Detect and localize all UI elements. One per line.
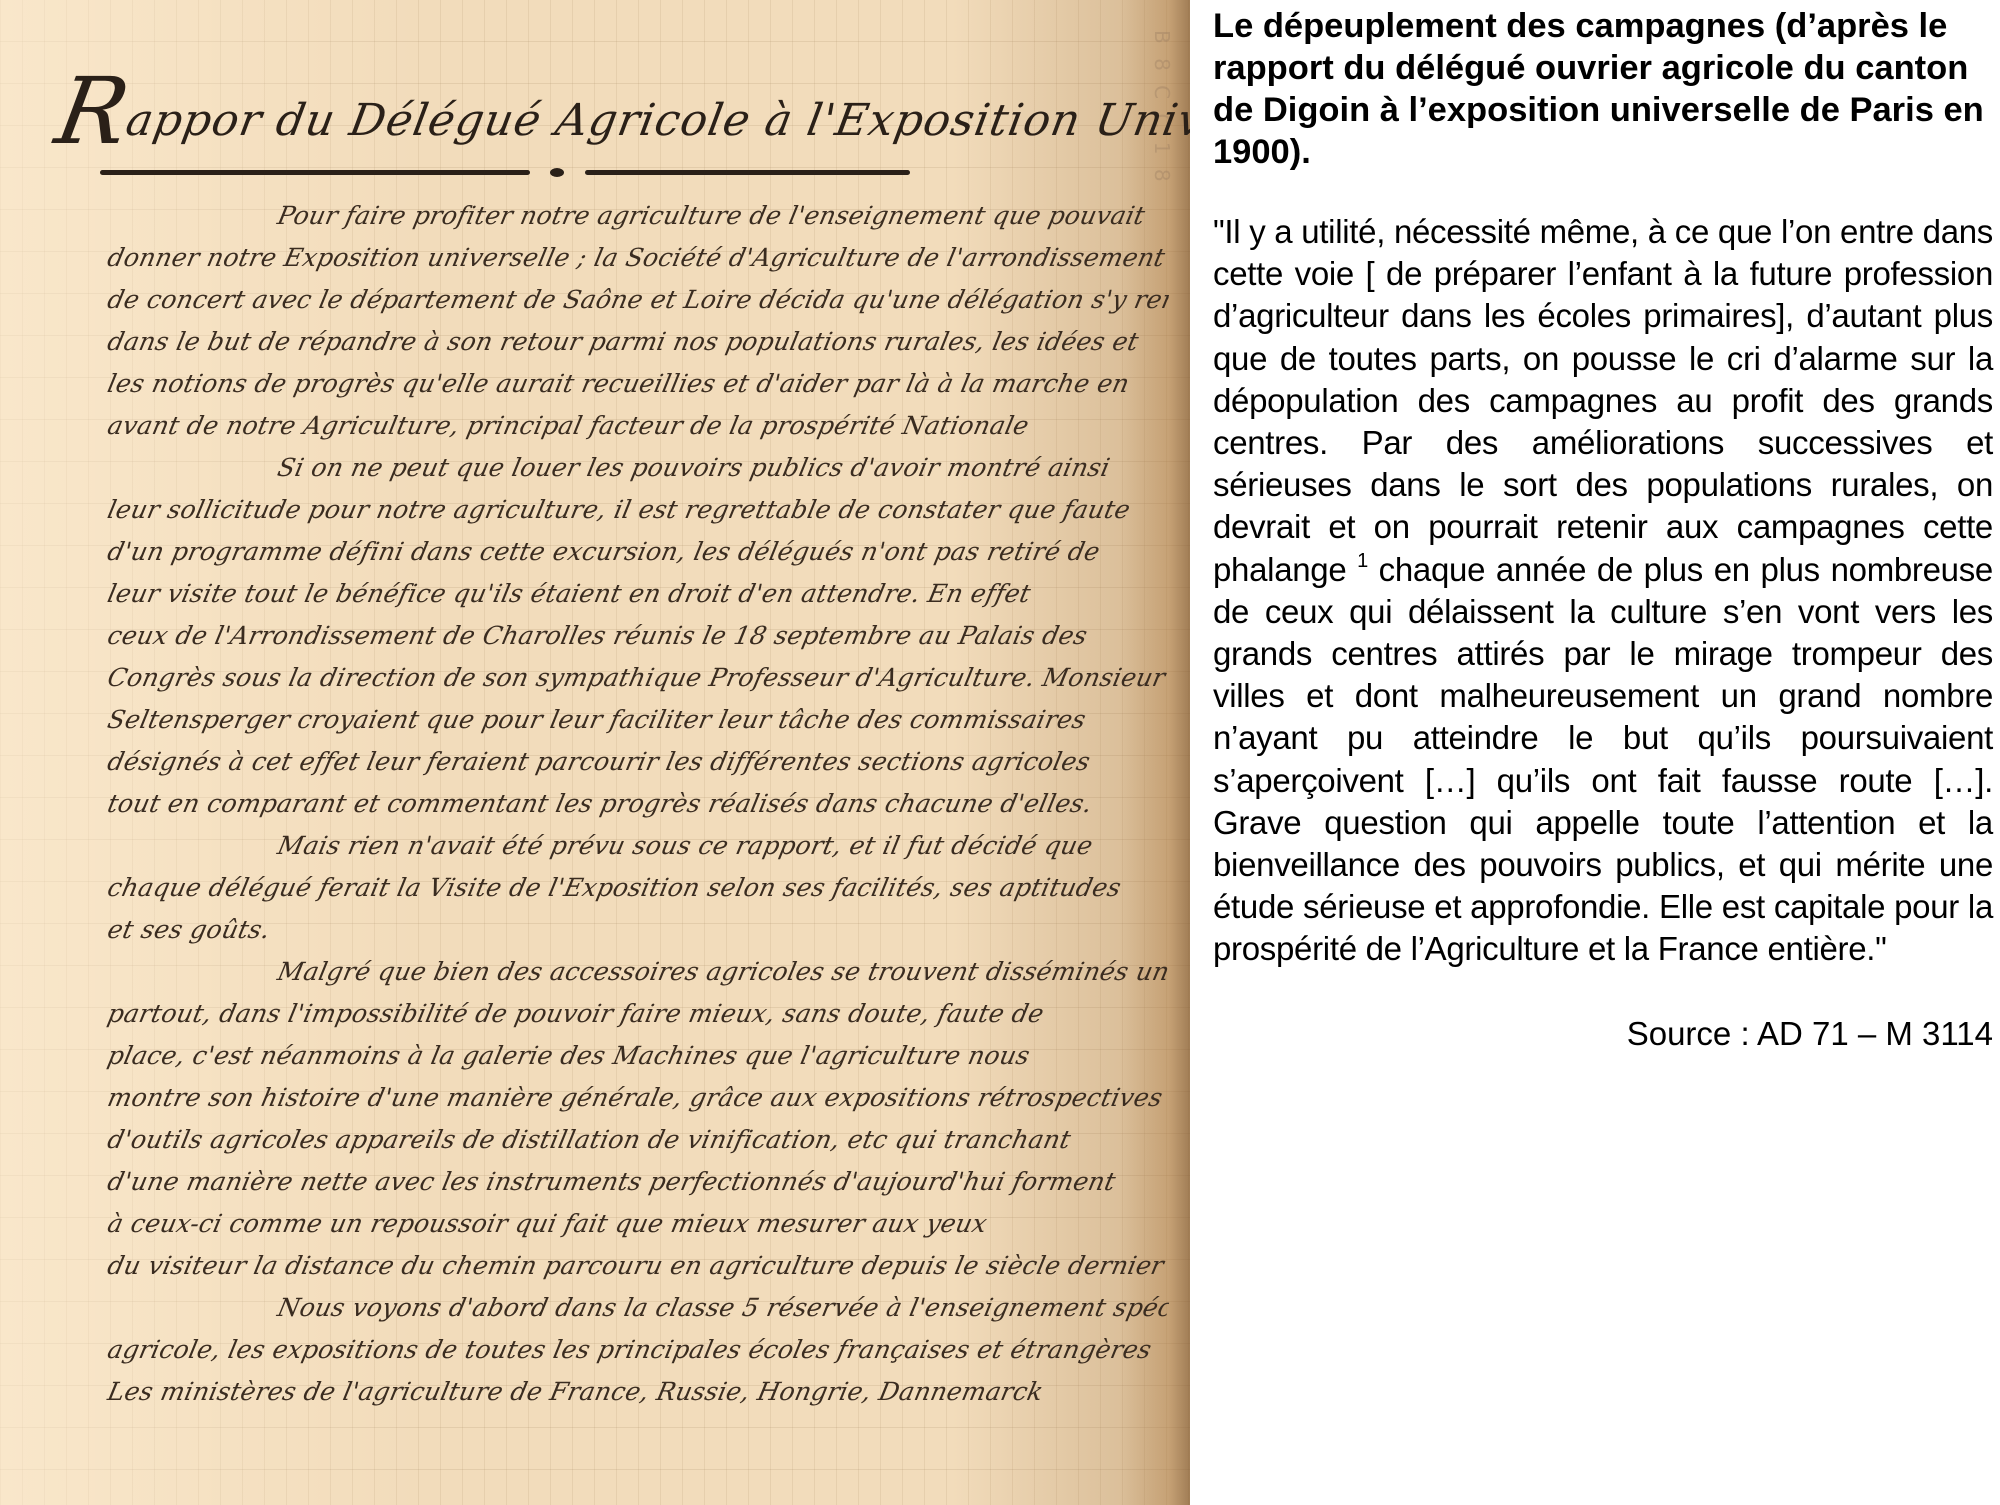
manuscript-line: partout, dans l'impossibilité de pouvoir… (104, 993, 1173, 1035)
manuscript-line: tout en comparant et commentant les prog… (104, 783, 1173, 825)
manuscript-line: leur sollicitude pour notre agriculture,… (104, 489, 1173, 531)
manuscript-line: de concert avec le département de Saône … (104, 279, 1173, 321)
quotation-part-2: chaque année de plus en plus nombreuse d… (1213, 551, 1993, 968)
manuscript-line: Pour faire profiter notre agriculture de… (104, 195, 1173, 237)
quotation: "Il y a utilité, nécessité même, à ce qu… (1213, 211, 1993, 971)
manuscript-line: d'un programme défini dans cette excursi… (104, 531, 1173, 573)
manuscript-line: place, c'est néanmoins à la galerie des … (104, 1035, 1173, 1077)
manuscript-line: montre son histoire d'une manière généra… (104, 1077, 1173, 1119)
manuscript-line: d'une manière nette avec les instruments… (104, 1161, 1173, 1203)
manuscript-line: leur visite tout le bénéfice qu'ils étai… (104, 573, 1173, 615)
manuscript-line: avant de notre Agriculture, principal fa… (104, 405, 1173, 447)
source-citation: Source : AD 71 – M 3114 (1213, 1013, 1993, 1055)
document-heading: Le dépeuplement des campagnes (d’après l… (1213, 5, 1993, 173)
footnote-marker: 1 (1357, 550, 1368, 572)
manuscript-title-text: appor du Délégué Agricole à l'Exposition… (122, 95, 1190, 146)
manuscript-line: Mais rien n'avait été prévu sous ce rapp… (104, 825, 1173, 867)
manuscript-title-initial: R (49, 58, 138, 165)
manuscript-line: Nous voyons d'abord dans la classe 5 rés… (104, 1287, 1173, 1329)
manuscript-line: chaque délégué ferait la Visite de l'Exp… (104, 867, 1173, 909)
quotation-part-1: "Il y a utilité, nécessité même, à ce qu… (1213, 213, 1993, 588)
manuscript-line: agricole, les expositions de toutes les … (104, 1329, 1173, 1371)
manuscript-line: Congrès sous la direction de son sympath… (104, 657, 1173, 699)
manuscript-scan: B 8 C C 1 8 Rappor du Délégué Agricole à… (0, 0, 1190, 1505)
title-underline-left (100, 170, 530, 175)
manuscript-title: Rappor du Délégué Agricole à l'Expositio… (49, 58, 1148, 165)
transcription-column: Le dépeuplement des campagnes (d’après l… (1213, 5, 1993, 1055)
title-underline-dot (550, 168, 564, 177)
manuscript-line: les notions de progrès qu'elle aurait re… (104, 363, 1173, 405)
manuscript-line: donner notre Exposition universelle ; la… (104, 237, 1173, 279)
manuscript-line: Si on ne peut que louer les pouvoirs pub… (104, 447, 1173, 489)
manuscript-line: dans le but de répandre à son retour par… (104, 321, 1173, 363)
manuscript-line: d'outils agricoles appareils de distilla… (104, 1119, 1173, 1161)
manuscript-line: et ses goûts. (104, 909, 1173, 951)
manuscript-body: Pour faire profiter notre agriculture de… (108, 195, 1168, 1413)
manuscript-line: Seltensperger croyaient que pour leur fa… (104, 699, 1173, 741)
manuscript-line: à ceux-ci comme un repoussoir qui fait q… (104, 1203, 1173, 1245)
manuscript-line: ceux de l'Arrondissement de Charolles ré… (104, 615, 1173, 657)
manuscript-line: Les ministères de l'agriculture de Franc… (104, 1371, 1173, 1413)
manuscript-line: Malgré que bien des accessoires agricole… (104, 951, 1173, 993)
title-underline-right (585, 170, 910, 175)
manuscript-line: désignés à cet effet leur feraient parco… (104, 741, 1173, 783)
manuscript-line: du visiteur la distance du chemin parcou… (104, 1245, 1173, 1287)
